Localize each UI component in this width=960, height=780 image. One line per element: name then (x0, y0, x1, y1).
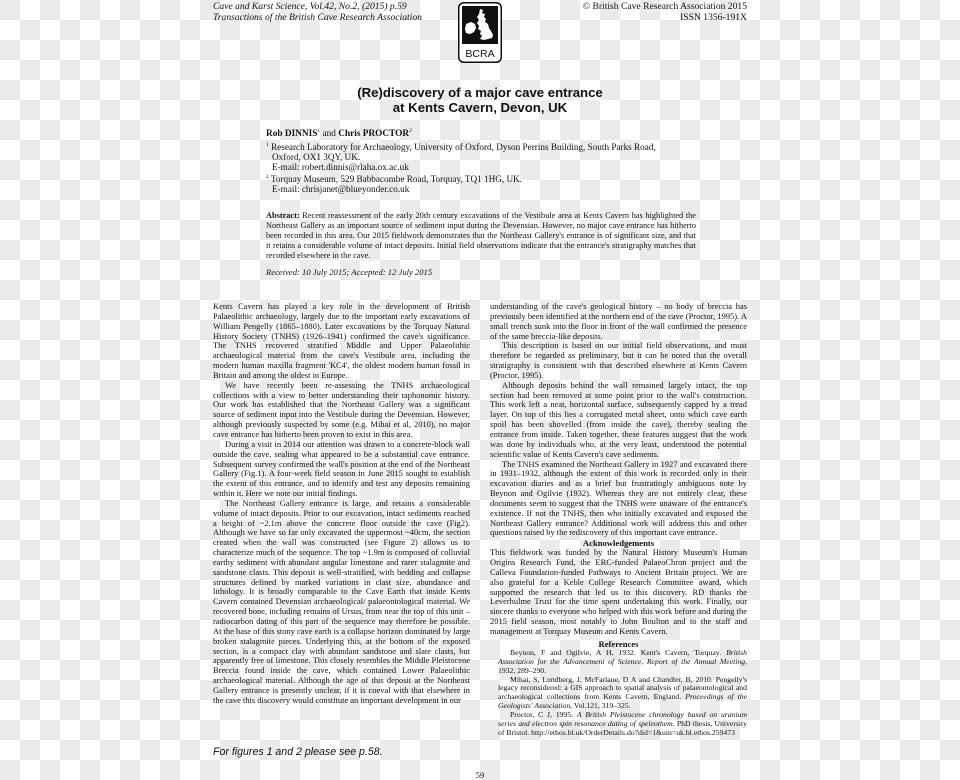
body-paragraph: Although deposits behind the wall remain… (490, 381, 747, 460)
acknowledgements-text: This fieldwork was funded by the Natural… (490, 548, 747, 637)
abstract: Abstract: Recent reassessment of the ear… (266, 211, 696, 261)
bcra-logo-icon: BCRA (458, 2, 502, 63)
received-dates: Received: 10 July 2015; Accepted: 12 Jul… (266, 267, 432, 277)
page-number: 59 (470, 770, 490, 780)
title-line-1: (Re)discovery of a major cave entrance (200, 86, 760, 101)
author-affiliation-mark: 2 (409, 128, 412, 134)
author-name: Rob DINNIS (266, 129, 317, 139)
affiliation-text: Torquay Museum, 529 Babbacombe Road, Tor… (271, 174, 522, 184)
journal-citation: Cave and Karst Science, Vol.42, No.2, (2… (213, 1, 422, 12)
copyright-header: © British Cave Research Association 2015… (560, 1, 747, 23)
affiliation-mark: 2 (266, 174, 269, 180)
title-line-2: at Kents Cavern, Devon, UK (200, 101, 760, 116)
journal-transactions: Transactions of the British Cave Researc… (213, 12, 422, 23)
journal-header: Cave and Karst Science, Vol.42, No.2, (2… (213, 1, 422, 23)
reference-item: Proctor, C J, 1995. A British Pleistocen… (490, 711, 747, 738)
affiliation-2: 2 Torquay Museum, 529 Babbacombe Road, T… (266, 172, 706, 194)
reference-list: Beynon, F and Ogilvie, A H, 1932. Kent's… (490, 649, 747, 738)
body-column-left: Kents Cavern has played a key role in th… (213, 302, 470, 706)
affiliation-text: Oxford, OX1 3QY, UK. (266, 152, 706, 162)
body-paragraph: This description is based on our initial… (490, 341, 747, 380)
body-paragraph: understanding of the cave's geological h… (490, 302, 747, 341)
body-paragraph: We have recently been re-assessing the T… (213, 381, 470, 440)
svg-text:BCRA: BCRA (465, 48, 494, 60)
affiliation-1: 1 Research Laboratory for Archaeology, U… (266, 140, 706, 173)
author-joiner: and (320, 129, 338, 139)
abstract-text: Recent reassessment of the early 20th ce… (266, 211, 696, 260)
abstract-label: Abstract: (266, 211, 300, 220)
affiliation-text: Research Laboratory for Archaeology, Uni… (271, 142, 656, 152)
author-list: Rob DINNIS1 and Chris PROCTOR2 (266, 126, 412, 140)
affiliation-email[interactable]: E-mail: chrisjanet@blueyonder.co.uk (266, 184, 706, 194)
article-title: (Re)discovery of a major cave entrance a… (200, 86, 760, 115)
reference-item: Mihai, S, Lundberg, J, McFarlane, D A an… (490, 676, 747, 712)
affiliation-mark: 1 (266, 142, 269, 148)
bcra-logo: BCRA (458, 2, 502, 63)
body-paragraph: The TNHS examined the Northeast Gallery … (490, 460, 747, 539)
body-paragraph: The Northeast Gallery entrance is large,… (213, 499, 470, 706)
issn-line: ISSN 1356-191X (560, 12, 747, 23)
body-paragraph: During a visit in 2014 our attention was… (213, 440, 470, 499)
figure-note: For figures 1 and 2 please see p.58. (213, 746, 383, 758)
copyright-line: © British Cave Research Association 2015 (560, 1, 747, 12)
reference-item: Beynon, F and Ogilvie, A H, 1932. Kent's… (490, 649, 747, 676)
author-name: Chris PROCTOR (338, 129, 409, 139)
body-paragraph: Kents Cavern has played a key role in th… (213, 302, 470, 381)
body-column-right: understanding of the cave's geological h… (490, 302, 747, 738)
